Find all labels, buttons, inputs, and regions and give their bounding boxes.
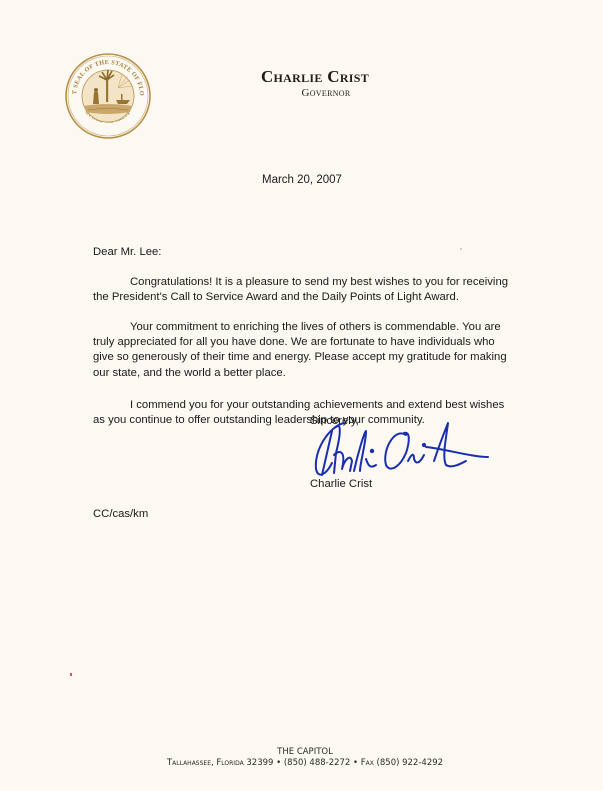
salutation: Dear Mr. Lee:: [93, 245, 513, 260]
paragraph-2: Your commitment to enriching the lives o…: [93, 320, 513, 381]
florida-state-seal-icon: GREAT SEAL OF THE STATE OF FLORIDA IN GO…: [64, 52, 152, 140]
governor-name: Charlie Crist: [230, 68, 400, 86]
handwritten-signature-icon: [306, 413, 496, 485]
letterhead-footer: THE CAPITOL Tallahassee, Florida 32399 •…: [140, 747, 470, 769]
letterhead: Charlie Crist Governor: [230, 68, 400, 99]
letter-page: GREAT SEAL OF THE STATE OF FLORIDA IN GO…: [0, 0, 603, 791]
paper-speck: [70, 673, 72, 676]
letter-date: March 20, 2007: [262, 174, 342, 186]
paper-speck: [460, 248, 462, 250]
signer-name: Charlie Crist: [310, 478, 372, 490]
footer-address: Tallahassee, Florida 32399 • (850) 488-2…: [140, 758, 470, 769]
governor-title: Governor: [230, 87, 400, 99]
paragraph-1: Congratulations! It is a pleasure to sen…: [93, 275, 513, 305]
footer-building: THE CAPITOL: [140, 747, 470, 758]
reference-initials: CC/cas/km: [93, 508, 148, 520]
